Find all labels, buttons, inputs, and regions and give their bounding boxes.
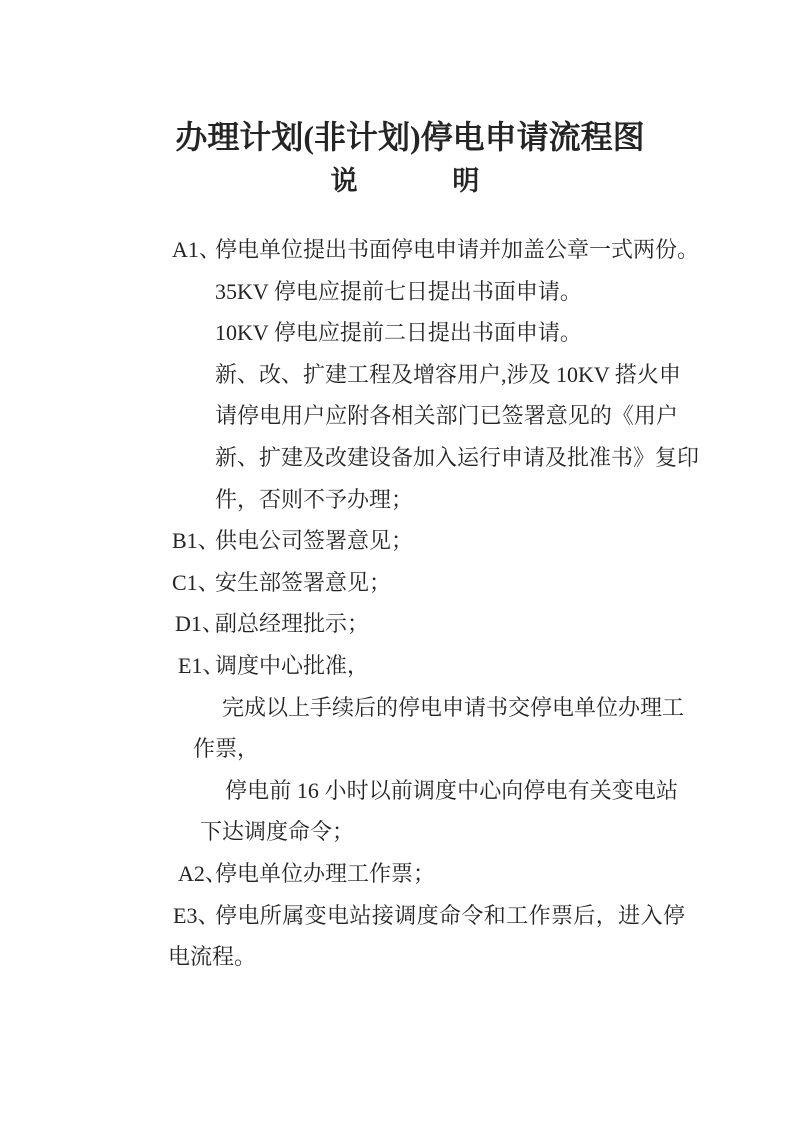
item-text: 新、扩建及改建设备加入运行申请及批准书》复印 bbox=[215, 437, 685, 479]
item-text: 电流程。 bbox=[168, 944, 256, 969]
item-text: 下达调度命令； bbox=[200, 819, 354, 844]
document-body: A1、停电单位提出书面停电申请并加盖公章一式两份。 35KV 停电应提前七日提出… bbox=[0, 229, 800, 978]
item-text: 副总经理批示； bbox=[215, 611, 369, 636]
line-c1: C1、安生部签署意见； bbox=[0, 562, 800, 604]
line-a1-note-35kv: 35KV 停电应提前七日提出书面申请。 bbox=[0, 271, 800, 313]
item-text: 停电单位办理工作票； bbox=[215, 861, 435, 886]
line-e1-cont-4: 下达调度命令； bbox=[0, 811, 800, 853]
item-text: 件，否则不予办理； bbox=[215, 487, 413, 512]
item-text: 请停电用户应附各相关部门已签署意见的《用户 bbox=[215, 395, 678, 437]
item-label-a1: A1、 bbox=[172, 229, 215, 271]
line-a1-note-projects-2: 请停电用户应附各相关部门已签署意见的《用户 bbox=[0, 395, 800, 437]
item-label-b1: B1、 bbox=[172, 520, 215, 562]
line-e3-cont: 电流程。 bbox=[0, 936, 800, 978]
line-a1-note-10kv: 10KV 停电应提前二日提出书面申请。 bbox=[0, 312, 800, 354]
item-text: 35KV 停电应提前七日提出书面申请。 bbox=[215, 279, 582, 304]
document-page: 办理计划(非计划)停电申请流程图 说 明 A1、停电单位提出书面停电申请并加盖公… bbox=[0, 0, 800, 1132]
item-label-a2: A2、 bbox=[178, 853, 215, 895]
item-text: 停电所属变电站接调度命令和工作票后，进入停 bbox=[215, 895, 685, 937]
item-text: 作票， bbox=[193, 736, 259, 761]
line-a2: A2、停电单位办理工作票； bbox=[0, 853, 800, 895]
line-a1-note-projects-1: 新、改、扩建工程及增容用户,涉及 10KV 搭火申 bbox=[0, 354, 800, 396]
item-label-d1: D1、 bbox=[175, 603, 215, 645]
line-e3: E3、停电所属变电站接调度命令和工作票后，进入停 bbox=[0, 895, 800, 937]
line-e1-cont-2: 作票， bbox=[0, 728, 800, 770]
line-a1-note-projects-3: 新、扩建及改建设备加入运行申请及批准书》复印 bbox=[0, 437, 800, 479]
line-b1: B1、供电公司签署意见； bbox=[0, 520, 800, 562]
item-text: 停电单位提出书面停电申请并加盖公章一式两份。 bbox=[215, 229, 678, 271]
item-label-e1: E1、 bbox=[178, 645, 215, 687]
item-text: 供电公司签署意见； bbox=[215, 528, 413, 553]
item-label-e3: E3、 bbox=[173, 895, 215, 937]
item-label-c1: C1、 bbox=[172, 562, 215, 604]
item-text: 调度中心批准， bbox=[215, 653, 369, 678]
line-d1: D1、副总经理批示； bbox=[0, 603, 800, 645]
line-e1-cont-3: 停电前 16 小时以前调度中心向停电有关变电站 bbox=[0, 770, 800, 812]
document-subtitle: 说 明 bbox=[0, 162, 800, 200]
item-text: 10KV 停电应提前二日提出书面申请。 bbox=[215, 320, 582, 345]
line-a1-note-projects-4: 件，否则不予办理； bbox=[0, 479, 800, 521]
item-text: 完成以上手续后的停电申请书交停电单位办理工 bbox=[222, 687, 678, 729]
line-e1: E1、调度中心批准， bbox=[0, 645, 800, 687]
line-a1: A1、停电单位提出书面停电申请并加盖公章一式两份。 bbox=[0, 229, 800, 271]
document-title: 办理计划(非计划)停电申请流程图 bbox=[0, 115, 800, 159]
item-text: 新、改、扩建工程及增容用户,涉及 10KV 搭火申 bbox=[215, 354, 678, 396]
item-text: 安生部签署意见； bbox=[215, 570, 391, 595]
line-e1-cont-1: 完成以上手续后的停电申请书交停电单位办理工 bbox=[0, 687, 800, 729]
item-text: 停电前 16 小时以前调度中心向停电有关变电站 bbox=[225, 770, 678, 812]
